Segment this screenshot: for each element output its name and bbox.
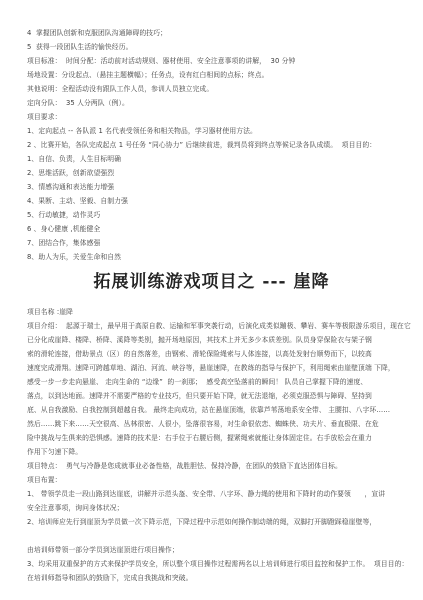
text-line: 险中挑战与生俱来的恐惧感。速降的技术是：右手位于右腰后侧，握紧绳索就能让身体固定… — [27, 431, 401, 445]
text-line: 3、情感沟通和表达能力增强 — [27, 180, 401, 194]
text-line: 2、思维活跃，创新欲望强烈 — [27, 166, 401, 180]
text-line: 安全注意事项，询问身体状况； — [27, 501, 401, 515]
text-line: 6 、身心健康 ,机能健全 — [27, 222, 401, 236]
text-line: 项目特点： 勇气与冷静是您成就事业必备性格，战胜胆怯、保持冷静，在团队的鼓励下直… — [27, 459, 401, 473]
text-line: 作用下匀速下降。 — [27, 445, 401, 459]
text-line: 落点，以到达地面。速降并不需要严格的专业技巧，但只要开始下降，就无法退缩，必须克… — [27, 389, 401, 403]
text-line: 1、自信、负责，人生目标明确 — [27, 152, 401, 166]
text-line: 索的滑轮连接，借助景点（区）的自然落差，由钢索、滑轮保险绳索与人体连接，以高处发… — [27, 347, 401, 361]
text-line: 项目要求： — [27, 110, 401, 124]
text-line: 5 获得一段团队生活的愉快经历。 — [27, 40, 401, 54]
text-line: 2、培训师应先行到崖顶为学员做一次下降示范，下降过程中示范如何操作制动端的绳，双… — [27, 515, 401, 529]
text-line: 2 、比赛开始，各队完成起点 1 号任务 “同心协力” 后继续前进，裁判员将到终… — [27, 138, 401, 152]
text-line — [27, 529, 401, 543]
text-line: 在培训师指导和团队的鼓励下，完成自我挑战和突破。 — [27, 571, 401, 585]
text-line: 8、助人为乐，关爱生命和自然 — [27, 250, 401, 264]
text-line: 项目介绍： 起源于瑞士，最早用于高原自救、运输和军事突袭行动，后演化成类似蹦极、… — [27, 319, 401, 333]
text-line: 由培训师带领一部分学员到达崖顶进行项目操作； — [27, 543, 401, 557]
project-intro-section: 4 掌握团队创新和克服团队沟通障碍的技巧；5 获得一段团队生活的愉快经历。项目标… — [0, 0, 423, 264]
text-line: 感受一步一步走向悬崖、 走向生命的 “边缘” 的一刹那； 感受高空坠落前的瞬间！… — [27, 375, 401, 389]
text-line: 项目标准： 时间分配：活动前对活动规则、器材使用、安全注意事项的讲解， 30 分… — [27, 54, 401, 68]
text-line: 已分化成崖降、楼降、桥降、溪降等类别，抛开场地原因，其技术上并无多少本质差别。队… — [27, 333, 401, 347]
text-line: 其他说明：全程活动没有跟队工作人员，参训人员独立完成。 — [27, 82, 401, 96]
text-line: 5、行动敏捷，动作灵巧 — [27, 208, 401, 222]
document-page: 4 掌握团队创新和克服团队沟通障碍的技巧；5 获得一段团队生活的愉快经历。项目标… — [0, 0, 423, 600]
text-line: 1、 带领学员走一段山路到达崖底，讲解并示范头盔、安全带、八字环、静力绳的使用和… — [27, 487, 401, 501]
text-line: 4、果断、主动、坚毅、自制力强 — [27, 194, 401, 208]
text-line: 7、团结合作，集体感强 — [27, 236, 401, 250]
page-title: 拓展训练游戏项目之 --- 崖降 — [0, 270, 423, 294]
text-line: 4 掌握团队创新和克服团队沟通障碍的技巧； — [27, 26, 401, 40]
text-line: 3、均采用双重保护的方式来保护学员安全，所以整个项目操作过程需两名以上培训师进行… — [27, 557, 401, 571]
text-line: 项目布置： — [27, 473, 401, 487]
text-line: 项目名称 :崖降 — [27, 305, 401, 319]
text-line: 然后……跳下来……天空很高、丛林很密、人很小，坠落很容易，对生命很依恋、蜘蛛侠、… — [27, 417, 401, 431]
text-line: 1、定向起点 -- 各队派 1 名代表受领任务和相关物品，学习器材使用方法。 — [27, 124, 401, 138]
text-line: 速度完成滑翔。速降可跨越草地、湖泊、河流、峡谷等，悬崖速降，在教练的指导与保护下… — [27, 361, 401, 375]
cliff-descent-section: 项目名称 :崖降项目介绍： 起源于瑞士，最早用于高原自救、运输和军事突袭行动，后… — [0, 305, 423, 585]
text-line: 定向分队： 35 人分两队（例）。 — [27, 96, 401, 110]
text-line: 场地设置：分设起点、（悬挂主题横幅）；任务点，设有红白相间的点标；终点。 — [27, 68, 401, 82]
text-line: 底、从自我激励、自我控制到超越自我。 最终走向成功，站在悬崖顶端，依靠芦苇荡地系… — [27, 403, 401, 417]
